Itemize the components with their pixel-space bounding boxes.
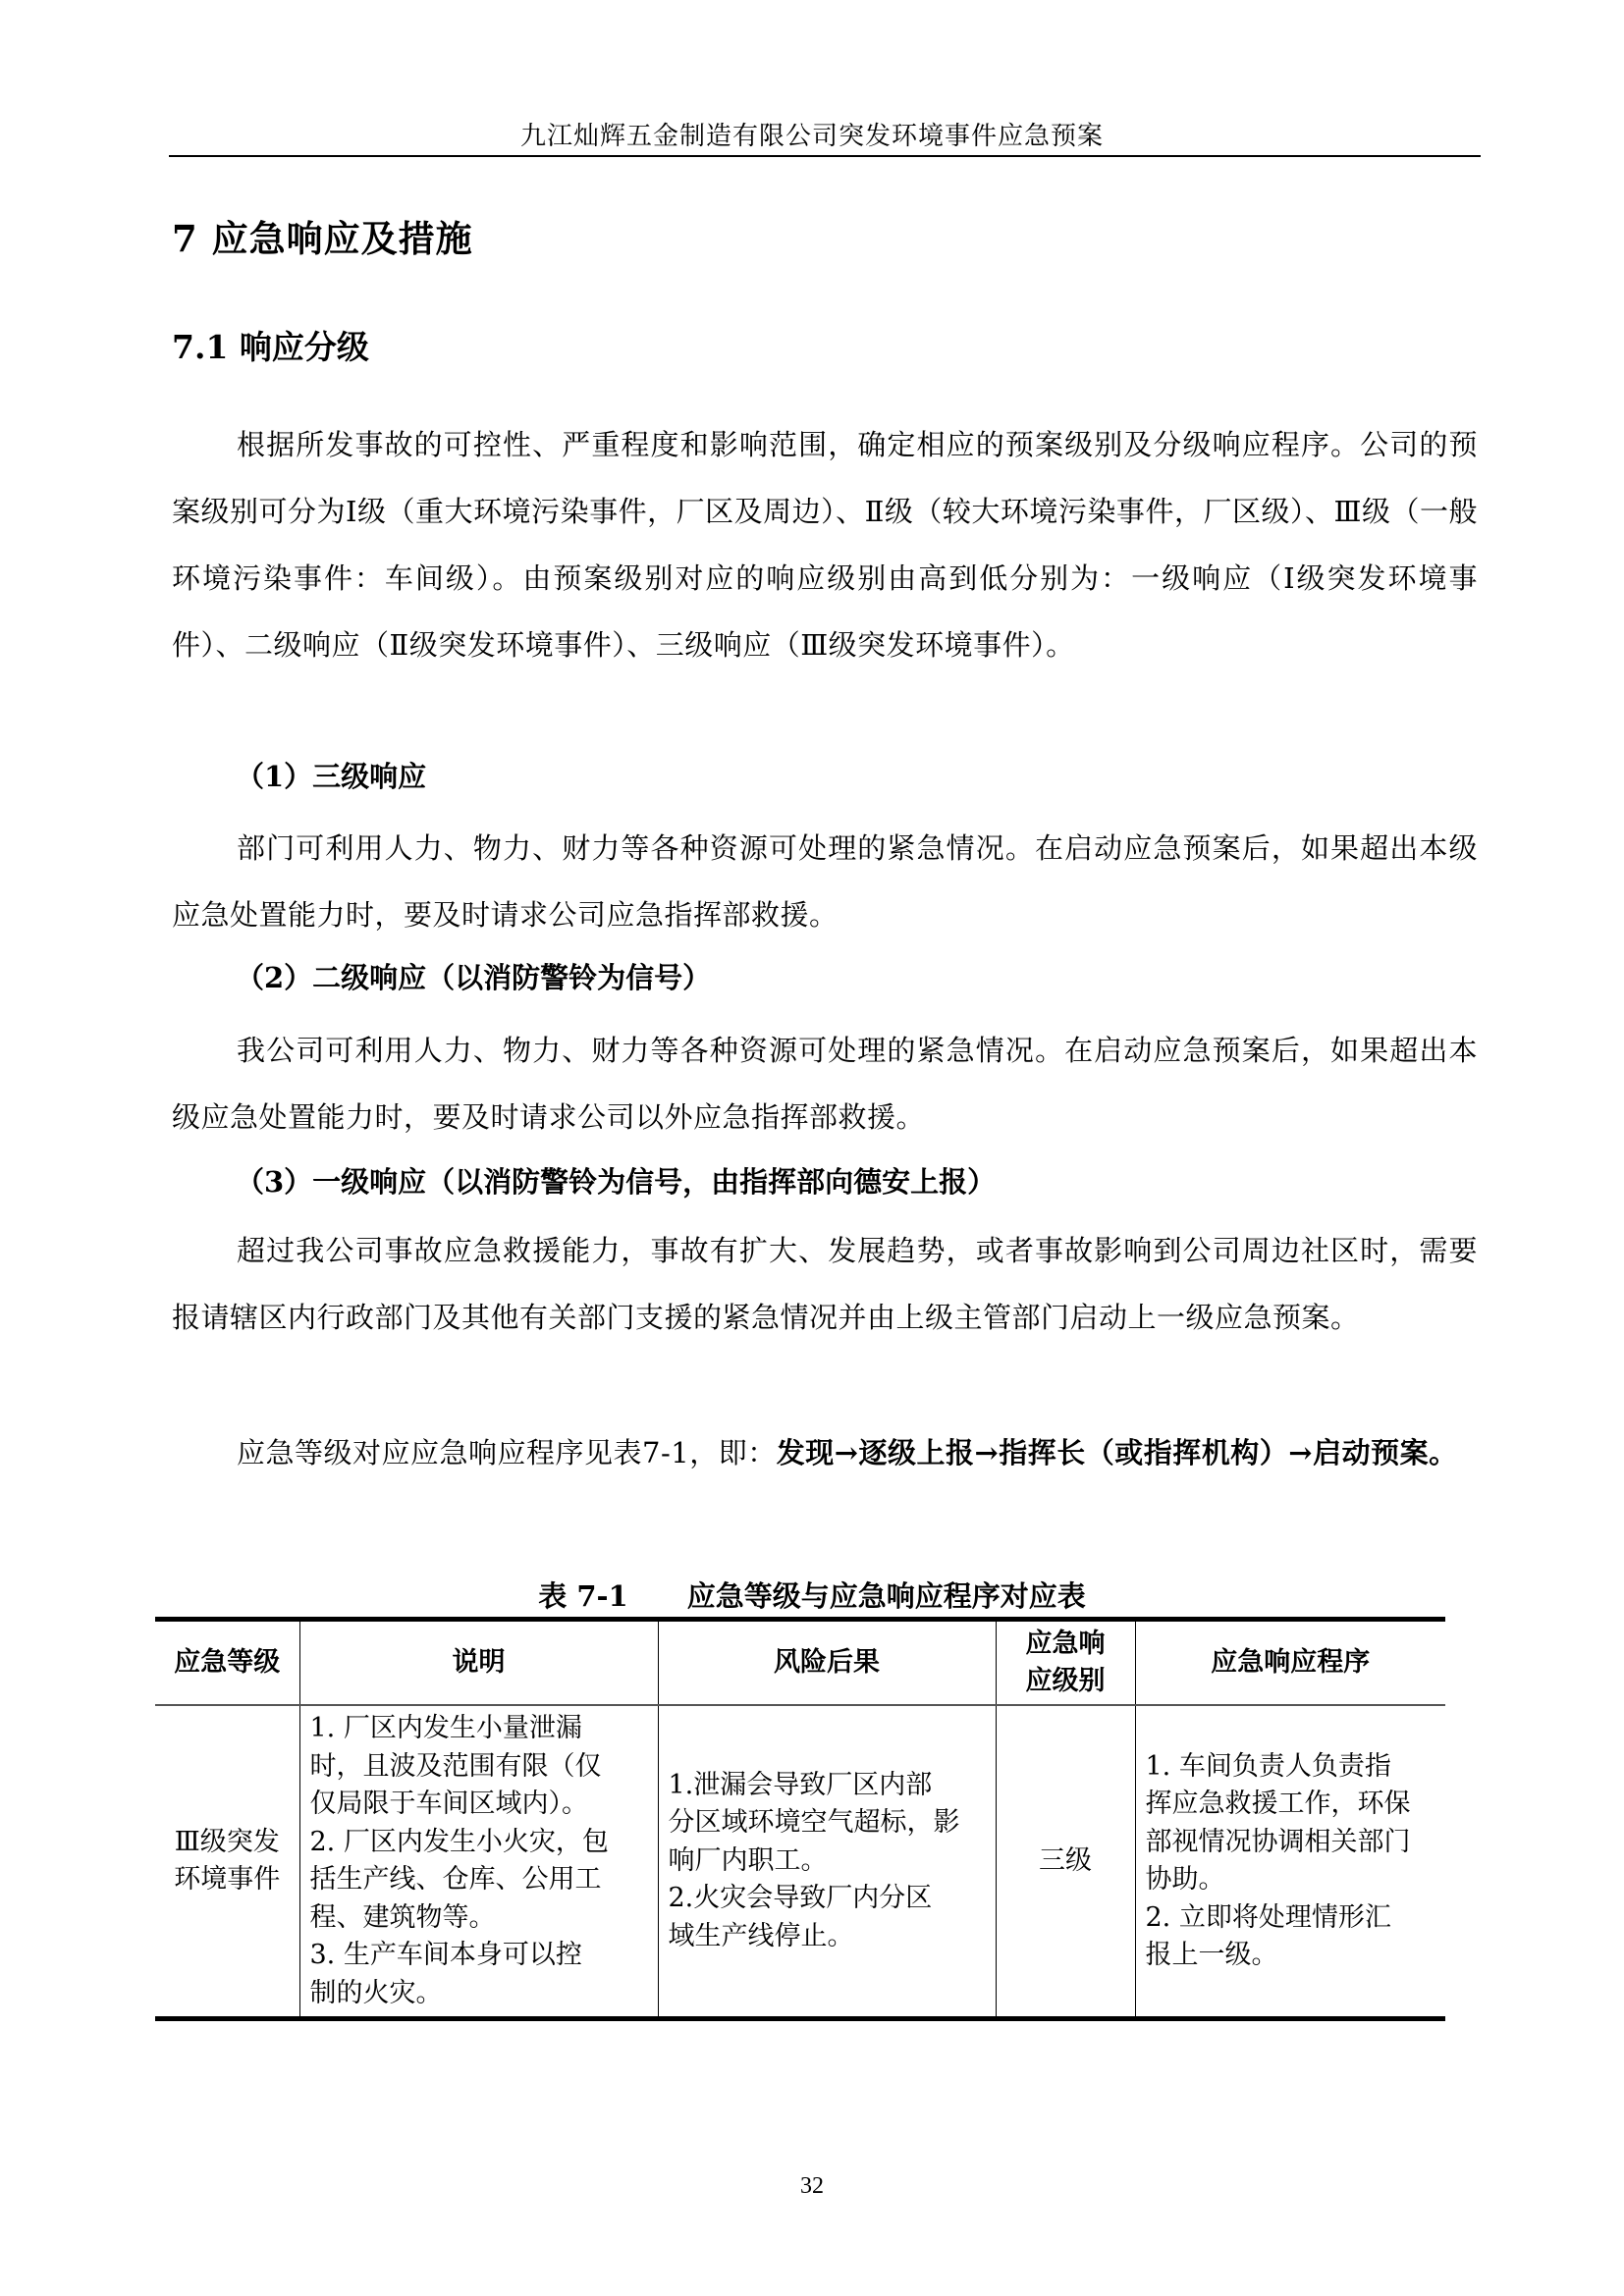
header-response-level: 应急响 应级别 bbox=[996, 1620, 1135, 1706]
risk-line: 1.泄漏会导致厂区内部 bbox=[669, 1767, 986, 1805]
table-caption-number: 表 7-1 bbox=[538, 1579, 628, 1613]
grade-line: Ⅲ级突发 bbox=[165, 1824, 290, 1862]
header-response-level-line-1: 应急响 bbox=[1006, 1626, 1125, 1663]
description-line: 制的火灾。 bbox=[310, 1975, 648, 2013]
cell-description: 1. 厂区内发生小量泄漏 时，且波及范围有限（仅 仅局限于车间区域内）。 2. … bbox=[299, 1705, 658, 2019]
level3-heading: （1）三级响应 bbox=[236, 755, 426, 795]
intro-paragraph: 根据所发事故的可控性、严重程度和影响范围，确定相应的预案级别及分级响应程序。公司… bbox=[172, 411, 1478, 678]
header-description: 说明 bbox=[299, 1620, 658, 1706]
subsection-title: 7.1 响应分级 bbox=[172, 322, 369, 368]
procedure-line: 报上一级。 bbox=[1146, 1937, 1436, 1975]
table-header-row: 应急等级 说明 风险后果 应急响 应级别 应急响应程序 bbox=[155, 1620, 1445, 1706]
risk-line: 域生产线停止。 bbox=[669, 1918, 986, 1956]
cell-response-level: 三级 bbox=[996, 1705, 1135, 2019]
procedure-line: 协助。 bbox=[1146, 1861, 1436, 1899]
header-response-level-line-2: 应级别 bbox=[1006, 1663, 1125, 1700]
level1-paragraph: 超过我公司事故应急救援能力，事故有扩大、发展趋势，或者事故影响到公司周边社区时，… bbox=[172, 1217, 1478, 1351]
description-line: 3. 生产车间本身可以控 bbox=[310, 1937, 648, 1975]
description-line: 1. 厂区内发生小量泄漏 bbox=[310, 1710, 648, 1748]
description-line: 程、建筑物等。 bbox=[310, 1899, 648, 1938]
table-caption-title: 应急等级与应急响应程序对应表 bbox=[687, 1579, 1086, 1613]
response-table: 应急等级 说明 风险后果 应急响 应级别 应急响应程序 Ⅲ级突发 环境事件 1.… bbox=[155, 1617, 1445, 2021]
procedure-line: 部视情况协调相关部门 bbox=[1146, 1824, 1436, 1862]
procedure-line: 1. 车间负责人负责指 bbox=[1146, 1748, 1436, 1787]
table-row: Ⅲ级突发 环境事件 1. 厂区内发生小量泄漏 时，且波及范围有限（仅 仅局限于车… bbox=[155, 1705, 1445, 2019]
grade-line: 环境事件 bbox=[165, 1861, 290, 1899]
header-risk: 风险后果 bbox=[658, 1620, 996, 1706]
cell-risk: 1.泄漏会导致厂区内部 分区域环境空气超标，影 响厂内职工。 2.火灾会导致厂内… bbox=[658, 1705, 996, 2019]
description-line: 2. 厂区内发生小火灾，包 bbox=[310, 1824, 648, 1862]
cell-grade: Ⅲ级突发 环境事件 bbox=[155, 1705, 299, 2019]
description-line: 时，且波及范围有限（仅 bbox=[310, 1748, 648, 1787]
header-grade: 应急等级 bbox=[155, 1620, 299, 1706]
cell-procedure: 1. 车间负责人负责指 挥应急救援工作，环保 部视情况协调相关部门 协助。 2.… bbox=[1135, 1705, 1445, 2019]
header-divider bbox=[169, 155, 1481, 157]
level1-heading: （3）一级响应（以消防警铃为信号，由指挥部向德安上报） bbox=[236, 1160, 996, 1201]
level2-paragraph: 我公司可利用人力、物力、财力等各种资源可处理的紧急情况。在启动应急预案后，如果超… bbox=[172, 1017, 1478, 1150]
procedure-prefix: 应急等级对应应急响应程序见表7-1，即： bbox=[237, 1436, 777, 1469]
level2-heading: （2）二级响应（以消防警铃为信号） bbox=[236, 956, 711, 996]
document-header-title: 九江灿辉五金制造有限公司突发环境事件应急预案 bbox=[0, 116, 1624, 152]
level3-paragraph: 部门可利用人力、物力、财力等各种资源可处理的紧急情况。在启动应急预案后，如果超出… bbox=[172, 815, 1478, 948]
risk-line: 分区域环境空气超标，影 bbox=[669, 1804, 986, 1842]
table-caption: 表 7-1应急等级与应急响应程序对应表 bbox=[0, 1575, 1624, 1615]
procedure-paragraph: 应急等级对应应急响应程序见表7-1，即：发现→逐级上报→指挥长（或指挥机构）→启… bbox=[172, 1419, 1478, 1486]
procedure-flow: 发现→逐级上报→指挥长（或指挥机构）→启动预案。 bbox=[777, 1436, 1458, 1469]
risk-line: 2.火灾会导致厂内分区 bbox=[669, 1880, 986, 1918]
risk-line: 响厂内职工。 bbox=[669, 1842, 986, 1881]
section-title: 7 应急响应及措施 bbox=[172, 209, 473, 262]
procedure-line: 挥应急救援工作，环保 bbox=[1146, 1786, 1436, 1824]
description-line: 括生产线、仓库、公用工 bbox=[310, 1861, 648, 1899]
page-number: 32 bbox=[0, 2173, 1624, 2200]
procedure-line: 2. 立即将处理情形汇 bbox=[1146, 1899, 1436, 1938]
header-procedure: 应急响应程序 bbox=[1135, 1620, 1445, 1706]
description-line: 仅局限于车间区域内）。 bbox=[310, 1786, 648, 1824]
